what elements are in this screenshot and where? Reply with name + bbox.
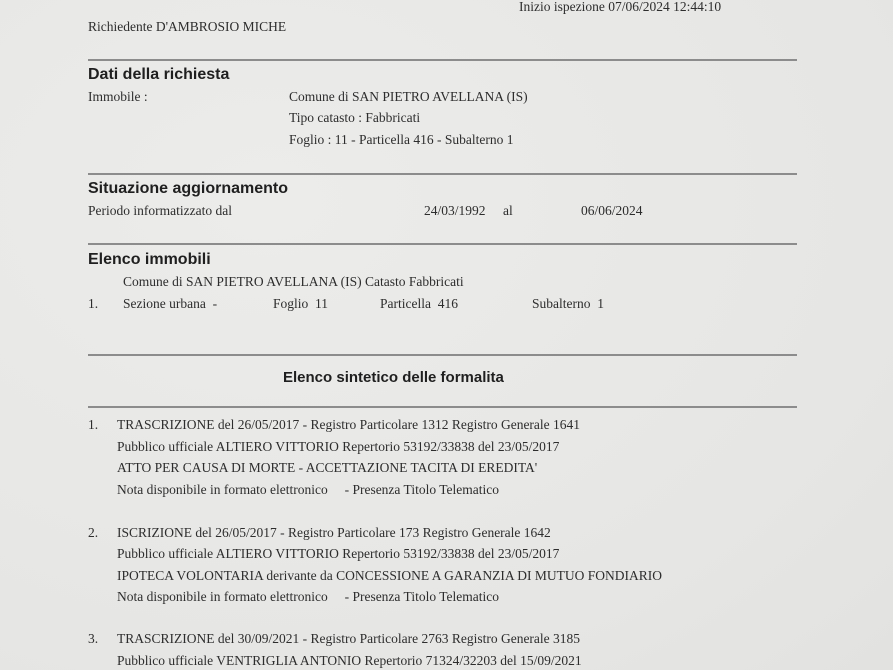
- property-number: 1.: [88, 296, 98, 312]
- formality-line: Pubblico ufficiale ALTIERO VITTORIO Repe…: [117, 439, 559, 455]
- property-label: Immobile :: [88, 89, 148, 105]
- request-line: Tipo catasto : Fabbricati: [289, 110, 420, 126]
- property-subalterno: Subalterno 1: [532, 296, 604, 312]
- formality-number: 1.: [88, 417, 98, 433]
- properties-municipality: Comune di SAN PIETRO AVELLANA (IS) Catas…: [123, 274, 464, 290]
- formality-line: ATTO PER CAUSA DI MORTE - ACCETTAZIONE T…: [117, 460, 537, 476]
- request-line: Comune di SAN PIETRO AVELLANA (IS): [289, 89, 528, 105]
- request-line: Foglio : 11 - Particella 416 - Subaltern…: [289, 132, 513, 148]
- period-to-word: al: [503, 203, 513, 219]
- divider: [88, 354, 797, 356]
- formality-line: Nota disponibile in formato elettronico …: [117, 589, 499, 605]
- section-title-properties: Elenco immobili: [88, 251, 211, 269]
- formality-line: Pubblico ufficiale VENTRIGLIA ANTONIO Re…: [117, 653, 582, 669]
- formality-number: 3.: [88, 631, 98, 647]
- requester: Richiedente D'AMBROSIO MICHE: [88, 19, 286, 35]
- formality-line: Pubblico ufficiale ALTIERO VITTORIO Repe…: [117, 546, 559, 562]
- property-foglio: Foglio 11: [273, 296, 328, 312]
- formality-line: TRASCRIZIONE del 30/09/2021 - Registro P…: [117, 631, 580, 647]
- formality-line: IPOTECA VOLONTARIA derivante da CONCESSI…: [117, 568, 662, 584]
- formality-line: Nota disponibile in formato elettronico …: [117, 482, 499, 498]
- period-to-date: 06/06/2024: [581, 203, 643, 219]
- divider: [88, 59, 797, 61]
- property-sezione: Sezione urbana -: [123, 296, 217, 312]
- section-title-update: Situazione aggiornamento: [88, 180, 288, 198]
- period-label: Periodo informatizzato dal: [88, 203, 232, 219]
- divider: [88, 406, 797, 408]
- document-page: Inizio ispezione 07/06/2024 12:44:10 Ric…: [0, 0, 893, 670]
- period-from-date: 24/03/1992: [424, 203, 486, 219]
- property-particella: Particella 416: [380, 296, 458, 312]
- divider: [88, 243, 797, 245]
- formality-number: 2.: [88, 525, 98, 541]
- inspection-start: Inizio ispezione 07/06/2024 12:44:10: [519, 0, 721, 15]
- section-title-formalities: Elenco sintetico delle formalita: [283, 369, 504, 386]
- formality-line: TRASCRIZIONE del 26/05/2017 - Registro P…: [117, 417, 580, 433]
- formality-line: ISCRIZIONE del 26/05/2017 - Registro Par…: [117, 525, 551, 541]
- divider: [88, 173, 797, 175]
- section-title-request: Dati della richiesta: [88, 66, 229, 84]
